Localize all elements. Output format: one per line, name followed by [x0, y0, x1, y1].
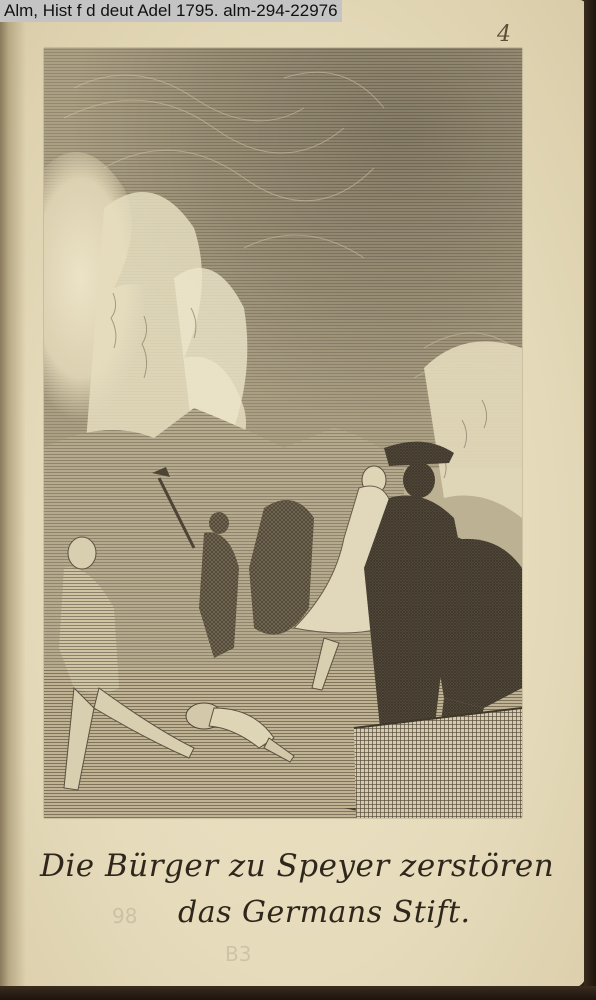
- gutter-shadow: [0, 0, 26, 988]
- book-edge-bottom: [0, 986, 596, 1000]
- engraving-title-line-1: Die Bürger zu Speyer zerstören: [40, 848, 554, 884]
- book-edge-right: [584, 0, 596, 1000]
- engraving-plate: [44, 48, 522, 818]
- book-page: 4: [0, 0, 586, 988]
- pencil-mark: B3: [225, 942, 251, 966]
- pencil-mark: 98: [112, 904, 137, 928]
- engraving-title-line-2: das Germans Stift.: [178, 895, 471, 930]
- image-caption-bar: Alm, Hist f d deut Adel 1795. alm-294-22…: [0, 0, 342, 22]
- page-number: 4: [497, 22, 511, 47]
